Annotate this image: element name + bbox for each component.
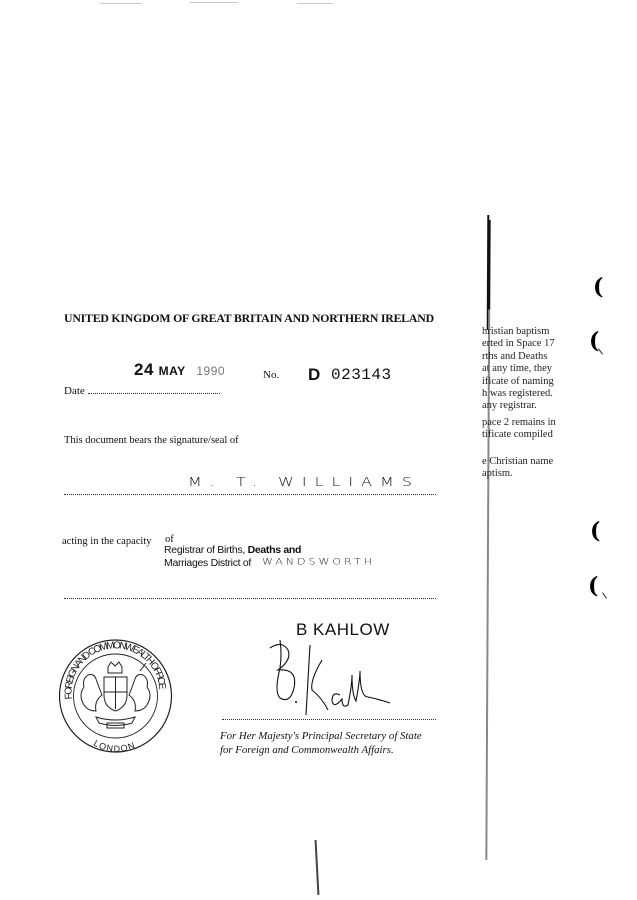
date-stamp-year: 1990 bbox=[196, 364, 225, 378]
capacity-title-line1: Registrar of Births, Deaths and bbox=[164, 544, 301, 556]
fragment-line: e Christian name bbox=[482, 456, 556, 468]
date-stamp-day: 24 bbox=[134, 360, 154, 379]
capacity-title-text: Registrar of Births, bbox=[164, 544, 248, 556]
punch-hole-mark-icon: ( bbox=[593, 276, 603, 298]
fragment-line: tificate compiled bbox=[482, 429, 556, 441]
date-label: Date bbox=[64, 385, 85, 397]
signer-role: For Her Majesty's Principal Secretary of… bbox=[220, 729, 422, 757]
capacity-dotted-line bbox=[64, 598, 436, 599]
serial-number: 023143 bbox=[331, 366, 392, 384]
royal-coat-of-arms-icon bbox=[81, 662, 150, 728]
signature bbox=[262, 640, 412, 720]
seal-bottom-text: LONDON bbox=[92, 738, 136, 754]
date-stamp-month: MAY bbox=[159, 364, 186, 378]
scan-artifact bbox=[602, 592, 607, 598]
fco-seal: FOREIGN AND COMMONWEALTH OFFICE LONDON bbox=[58, 637, 173, 755]
fragment-line: erted in Space 17 bbox=[482, 338, 556, 350]
capacity-title-line2: Marriages District of bbox=[164, 557, 251, 569]
signature-dotted-line bbox=[222, 719, 436, 720]
bears-signature-label: This document bears the signature/seal o… bbox=[64, 435, 239, 446]
scan-artifact bbox=[100, 3, 142, 4]
punch-hole-mark-icon: ( bbox=[588, 575, 598, 597]
capacity-label: acting in the capacity bbox=[62, 536, 152, 547]
district-handwritten: WANDSWORTH bbox=[262, 556, 375, 566]
number-label: No. bbox=[263, 369, 279, 381]
fragment-line: rths and Deaths bbox=[482, 351, 556, 363]
fragment-line: aptism. bbox=[482, 468, 556, 480]
signer-printed-name: B KAHLOW bbox=[296, 620, 390, 640]
fragment-line: pace 2 remains in bbox=[482, 417, 556, 429]
date-stamp: 24 MAY 1990 bbox=[134, 360, 225, 380]
date-field: Date bbox=[64, 384, 220, 397]
svg-text:LONDON: LONDON bbox=[92, 738, 136, 754]
scan-crease bbox=[315, 840, 319, 895]
adjacent-page-text: hristian baptism erted in Space 17 rths … bbox=[482, 326, 556, 480]
fragment-line: hristian baptism bbox=[482, 326, 556, 338]
capacity-title-bold: Deaths and bbox=[248, 544, 302, 556]
fragment-line: h was registered. bbox=[482, 388, 556, 400]
fragment-line: ificate of naming bbox=[482, 376, 556, 388]
fragment-line: any registrar. bbox=[482, 400, 556, 412]
signatory-name-handwritten: M. T. WILLIAMS bbox=[188, 474, 420, 489]
punch-hole-mark-icon: ( bbox=[590, 520, 600, 542]
serial-prefix: D bbox=[308, 365, 320, 385]
scan-artifact bbox=[297, 3, 333, 4]
document-header: UNITED KINGDOM OF GREAT BRITAIN AND NORT… bbox=[64, 311, 434, 326]
fragment-line: at any time, they bbox=[482, 363, 556, 375]
date-dotted-line bbox=[88, 384, 220, 394]
scan-artifact bbox=[190, 2, 238, 3]
signatory-dotted-line bbox=[64, 494, 436, 495]
signer-role-line2: for Foreign and Commonwealth Affairs. bbox=[220, 743, 422, 757]
signer-role-line1: For Her Majesty's Principal Secretary of… bbox=[220, 729, 422, 743]
